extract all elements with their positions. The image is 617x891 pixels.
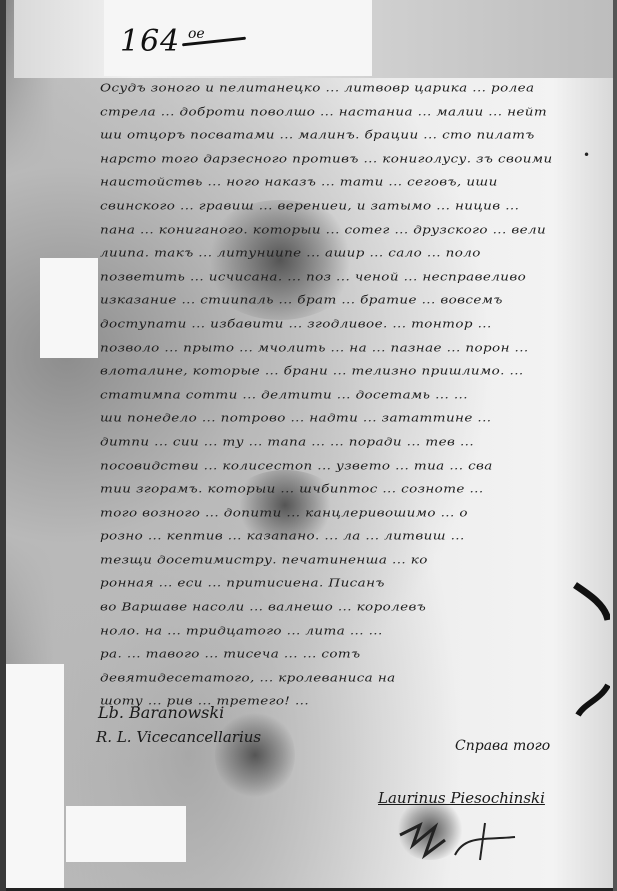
manuscript-body: Осудъ зоного и пелитанецко ... литвовр ц…	[100, 77, 560, 714]
text-line: тезщи досетимистру. печатиненша ... ко	[100, 551, 560, 571]
text-line: посовидстви ... колисестоп ... узвето ..…	[100, 456, 560, 476]
text-line: доступати ... избавити ... згодливое. ..…	[100, 315, 560, 335]
text-line: ноло. на ... тридцатого ... лита ... ...	[100, 621, 560, 641]
text-line: тии згорамъ. которыи ... шчбиптос ... со…	[100, 480, 560, 500]
text-line: изказание ... стиипаль ... брат ... брат…	[100, 291, 560, 311]
signature-sprawa: Справа того	[455, 738, 550, 754]
text-line: пана ... кониганого. которыи ... сотег .…	[100, 220, 560, 240]
text-line: позволо ... прыто ... мчолить ... на ...…	[100, 338, 560, 358]
text-line: нарсто того дарзесного противъ ... кониг…	[100, 150, 560, 170]
text-line: ронная ... еси ... притисиена. Писанъ	[100, 574, 560, 594]
scan-right-edge	[613, 0, 617, 891]
text-line: девятидесетатого, ... кролеваниса на	[100, 669, 560, 689]
paper-repair-patch	[66, 806, 186, 862]
text-line: того возного ... допити ... канцлеривоши…	[100, 503, 560, 523]
text-line: во Варшаве насоли ... валнешо ... короле…	[100, 598, 560, 618]
text-line: розно ... кептив ... казапано. ... ла ..…	[100, 527, 560, 547]
signature-secretary: Laurinus Piesochinski	[378, 789, 545, 807]
text-line: свинского ... гравиш ... верениеи, и зат…	[100, 197, 560, 217]
text-line: ши понедело ... потрово ... надти ... за…	[100, 409, 560, 429]
paper-repair-patch	[40, 258, 98, 358]
text-line: наистойствь ... ного наказъ ... тати ...…	[100, 173, 560, 193]
folio-number: 164	[120, 24, 180, 59]
margin-dot: •	[583, 148, 590, 162]
margin-ink-stroke	[570, 575, 610, 725]
text-line: статимпа сотти ... делтити ... досетамь …	[100, 385, 560, 405]
signature-vicecancellarius-name: Lb. Baranowski	[98, 703, 224, 722]
text-line: стрела ... доброти поволшо ... настаниа …	[100, 102, 560, 122]
text-line: влоталине, которые ... брани ... телизно…	[100, 362, 560, 382]
text-line: позветить ... исчисана. ... поз ... чено…	[100, 268, 560, 288]
signature-vicecancellarius-title: R. L. Vicecancellarius	[96, 728, 261, 746]
text-line: лиипа. такъ ... литуниипе ... ашир ... с…	[100, 244, 560, 264]
text-line: ши отцоръ посватами ... малинъ. брации .…	[100, 126, 560, 146]
signature-flourish	[395, 815, 525, 865]
paper-repair-patch	[6, 664, 64, 888]
text-line: Осудъ зоного и пелитанецко ... литвовр ц…	[100, 79, 560, 99]
text-line: ра. ... тавого ... тисеча ... ... сотъ	[100, 645, 560, 665]
ink-stain	[215, 710, 295, 800]
text-line: дитпи ... сии ... ту ... тапа ... ... по…	[100, 433, 560, 453]
folio-suffix: ое	[188, 26, 205, 42]
